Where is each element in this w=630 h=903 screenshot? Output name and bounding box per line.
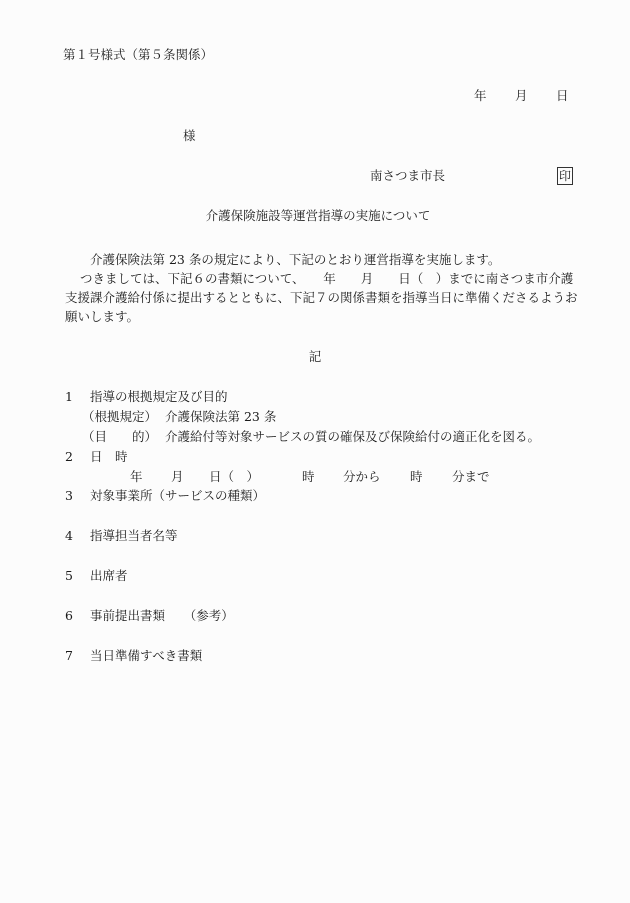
dt-hour-from: 時 — [302, 471, 315, 484]
addressee-suffix: 様 — [183, 130, 196, 143]
dt-month: 月 — [171, 471, 184, 484]
item-number: 2 — [65, 451, 90, 464]
item-1-purpose: （目 的）介護給付等対象サービスの質の確保及び保険給付の適正化を図る。 — [82, 431, 540, 444]
seal-mark: 印 — [557, 167, 573, 185]
item-number: 7 — [65, 650, 90, 663]
dt-year: 年 — [130, 471, 143, 484]
item-1-basis: （根拠規定）介護保険法第 23 条 — [82, 411, 276, 424]
item-label: 対象事業所（サービスの種類） — [90, 488, 265, 503]
issuer-name: 南さつま市長 — [370, 170, 445, 183]
date-year-label: 年 — [474, 90, 487, 103]
item-label: 当日準備すべき書類 — [90, 648, 202, 663]
item-label: 出席者 — [90, 568, 128, 583]
item-number: 5 — [65, 570, 90, 583]
item-label: 事前提出書類 （参考） — [90, 608, 234, 623]
item-1: 1指導の根拠規定及び目的 — [65, 391, 228, 404]
body-paragraph-2: つきましては、下記６の書類について、 年 月 日（ ）までに南さつま市介護支援課… — [65, 269, 585, 326]
item-number: 6 — [65, 610, 90, 623]
item-4: 4指導担当者名等 — [65, 530, 178, 543]
dt-day: 日（ ） — [209, 471, 259, 484]
item-label: 指導担当者名等 — [90, 528, 178, 543]
dt-hour-to: 時 — [410, 471, 423, 484]
form-number: 第１号様式（第５条関係） — [63, 49, 213, 62]
item-3: 3対象事業所（サービスの種類） — [65, 490, 265, 503]
item-7: 7当日準備すべき書類 — [65, 650, 202, 663]
date-month-label: 月 — [515, 90, 528, 103]
detail-value: 介護保険法第 23 条 — [165, 411, 276, 424]
dt-minute-from: 分から — [343, 471, 381, 484]
item-label: 日 時 — [90, 449, 128, 464]
item-number: 1 — [65, 391, 90, 404]
document-title: 介護保険施設等運営指導の実施について — [0, 210, 630, 223]
body-paragraph-1: 介護保険法第 23 条の規定により、下記のとおり運営指導を実施します。 — [75, 250, 585, 269]
item-6: 6事前提出書類 （参考） — [65, 610, 234, 623]
detail-value: 介護給付等対象サービスの質の確保及び保険給付の適正化を図る。 — [165, 431, 540, 444]
date-day-label: 日 — [556, 90, 569, 103]
detail-label: （根拠規定） — [82, 411, 165, 424]
ki-heading: 記 — [0, 351, 630, 364]
detail-label: （目 的） — [82, 431, 165, 444]
item-5: 5出席者 — [65, 570, 128, 583]
item-number: 4 — [65, 530, 90, 543]
item-number: 3 — [65, 490, 90, 503]
item-2: 2日 時 — [65, 451, 128, 464]
dt-minute-to: 分まで — [452, 471, 490, 484]
item-label: 指導の根拠規定及び目的 — [90, 389, 228, 404]
body-text: 介護保険法第 23 条の規定により、下記のとおり運営指導を実施します。 つきまし… — [75, 250, 585, 326]
